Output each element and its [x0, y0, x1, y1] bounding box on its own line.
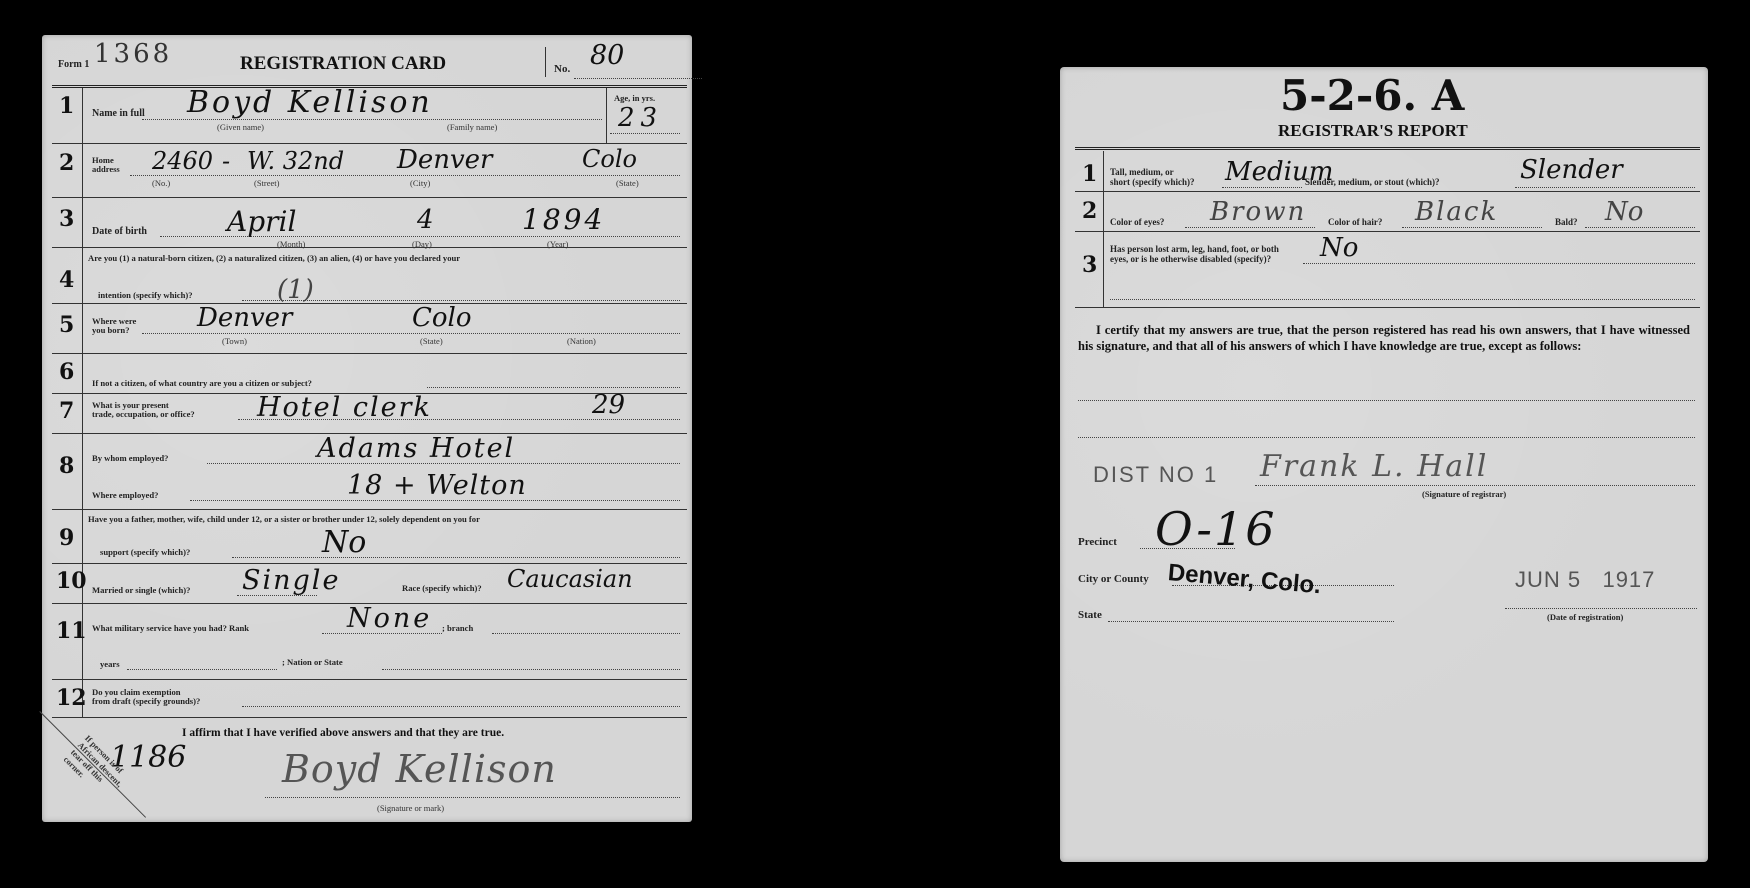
form-code: 5-2-6. A: [1280, 71, 1464, 120]
bald-value: No: [1605, 197, 1643, 227]
birth-year: 1894: [522, 203, 605, 236]
no-label: No.: [554, 64, 570, 75]
build-value: Slender: [1520, 155, 1623, 185]
city-stamp: Denver, Colo.: [1167, 559, 1322, 600]
report-title: REGISTRAR'S REPORT: [1278, 121, 1468, 141]
registrar-signature: Frank L. Hall: [1260, 449, 1488, 484]
citizenship-value: (1): [277, 275, 314, 305]
marital-status-value: Single: [242, 565, 340, 596]
form-label: Form 1: [58, 59, 89, 70]
registrant-signature: Boyd Kellison: [282, 747, 557, 791]
certification-text: I certify that my answers are true, that…: [1078, 322, 1690, 354]
birth-month: April: [227, 205, 296, 238]
serial-number: 1368: [94, 39, 172, 69]
employer-value: Adams Hotel: [317, 433, 515, 464]
birthplace-town: Denver: [197, 303, 292, 333]
district-stamp: DIST NO 1: [1093, 462, 1218, 488]
birth-day: 4: [417, 205, 434, 235]
age-value: 23: [618, 103, 663, 133]
dependents-value: No: [322, 525, 366, 560]
registration-date-stamp: JUN 5 1917: [1515, 567, 1655, 593]
affirmation-text: I affirm that I have verified above answ…: [182, 725, 504, 741]
hair-color-value: Black: [1415, 197, 1498, 227]
birthplace-state: Colo: [412, 303, 472, 333]
registrar-report-card: 5-2-6. A REGISTRAR'S REPORT 1 Tall, medi…: [1060, 67, 1708, 862]
name-value: Boyd Kellison: [187, 85, 433, 120]
address-city: Denver: [397, 145, 492, 175]
registration-card: Form 1 1368 REGISTRATION CARD No. 80 1 N…: [42, 35, 692, 822]
occupation-value: Hotel clerk: [257, 392, 432, 423]
address-street: W. 32nd: [247, 147, 344, 175]
card-no-value: 80: [590, 40, 624, 71]
race-value: Caucasian: [507, 565, 633, 593]
eye-color-value: Brown: [1210, 197, 1306, 227]
occupation-note: 29: [592, 390, 625, 420]
card-title: REGISTRATION CARD: [240, 53, 446, 75]
address-state: Colo: [582, 145, 637, 173]
military-rank-value: None: [347, 603, 432, 634]
precinct-value: O-16: [1155, 502, 1276, 556]
address-number: 2460: [152, 147, 213, 175]
employer-location: 18 + Welton: [347, 470, 527, 501]
divider: [545, 47, 546, 77]
disability-value: No: [1320, 233, 1358, 263]
